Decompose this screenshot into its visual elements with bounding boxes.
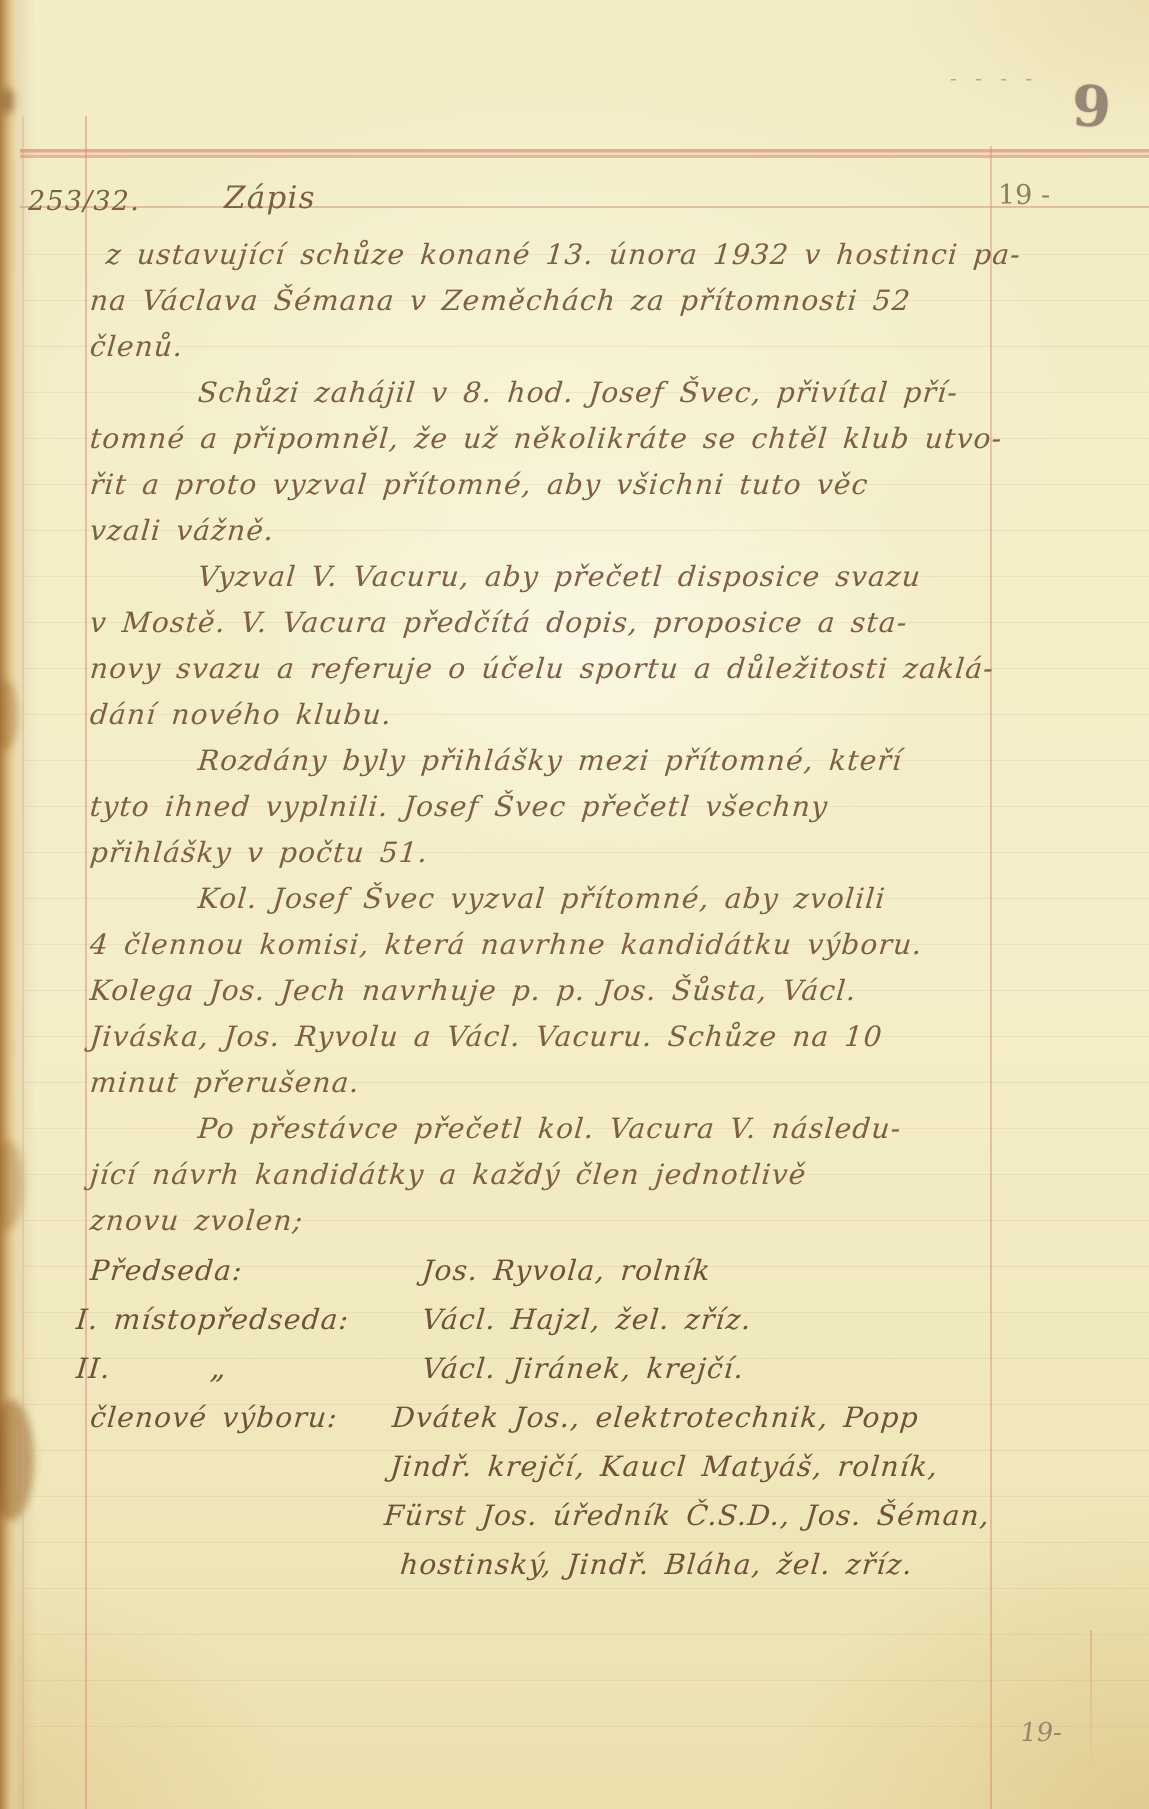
record-number: 253/32. bbox=[28, 186, 140, 217]
handwritten-line: minut přerušena. bbox=[88, 1060, 1000, 1106]
handwritten-line: přihlášky v počtu 51. bbox=[88, 830, 1000, 876]
handwritten-line: Vyzval V. Vacuru, aby přečetl disposice … bbox=[88, 554, 1000, 600]
fee-note-top: 19 - bbox=[998, 180, 1050, 211]
committee-role: II. bbox=[74, 1346, 113, 1392]
committee-row: členové výboru: Dvátek Jos., elektrotech… bbox=[88, 1395, 1000, 1444]
committee-row: II. „ Václ. Jiránek, krejčí. bbox=[88, 1346, 1000, 1395]
handwritten-line: Schůzi zahájil v 8. hod. Josef Švec, při… bbox=[88, 370, 1000, 416]
committee-person: Fürst Jos. úředník Č.S.D., Jos. Šéman, bbox=[382, 1493, 992, 1539]
handwritten-line: novy svazu a referuje o účelu sportu a d… bbox=[88, 646, 1000, 692]
committee-continuation-line: Jindř. krejčí, Kaucl Matyáš, rolník, bbox=[88, 1444, 1000, 1493]
committee-person: Václ. Hajzl, žel. zříz. bbox=[420, 1297, 754, 1343]
committee-person: Václ. Jiránek, krejčí. bbox=[420, 1346, 746, 1392]
handwritten-line: Po přestávce přečetl kol. Vacura V. násl… bbox=[88, 1106, 1000, 1152]
committee-person: Jindř. krejčí, Kaucl Matyáš, rolník, bbox=[388, 1444, 940, 1490]
handwritten-line: tomné a připomněl, že už několikráte se … bbox=[88, 416, 1000, 462]
committee-role: Předseda: bbox=[88, 1248, 245, 1294]
handwritten-line: 4 člennou komisi, která navrhne kandidát… bbox=[88, 922, 1000, 968]
handwritten-line: z ustavující schůze konané 13. února 193… bbox=[88, 232, 1000, 278]
handwritten-line: vzali vážně. bbox=[88, 508, 1000, 554]
committee-continuation-line: Fürst Jos. úředník Č.S.D., Jos. Šéman, bbox=[88, 1493, 1000, 1542]
fee-note-bottom: 19- bbox=[1018, 1718, 1064, 1748]
committee-role: I. místopředseda: bbox=[74, 1297, 351, 1343]
handwritten-line: na Václava Šémana v Zeměchách za přítomn… bbox=[88, 278, 1000, 324]
ruled-line-top-thin bbox=[20, 206, 1149, 208]
page-title: Zápis bbox=[224, 180, 316, 216]
handwritten-line: dání nového klubu. bbox=[88, 692, 1000, 738]
handwritten-line: Kolega Jos. Jech navrhuje p. p. Jos. Šůs… bbox=[88, 968, 1000, 1014]
handwritten-line: Kol. Josef Švec vyzval přítomné, aby zvo… bbox=[88, 876, 1000, 922]
handwritten-line: Rozdány byly přihlášky mezi přítomné, kt… bbox=[88, 738, 1000, 784]
ledger-page: - - - - 9 253/32. Zápis 19 - z ustavujíc… bbox=[0, 0, 1149, 1809]
committee-person: Jos. Ryvola, rolník bbox=[420, 1248, 713, 1294]
committee-person: Dvátek Jos., elektrotechnik, Popp bbox=[390, 1395, 921, 1441]
foxing-stain bbox=[2, 88, 14, 114]
handwritten-line: členů. bbox=[88, 324, 1000, 370]
handwritten-line: jící návrh kandidátky a každý člen jedno… bbox=[88, 1152, 1000, 1198]
ditto-mark: „ bbox=[208, 1346, 229, 1392]
pencil-dash-mark: - - - - bbox=[950, 66, 1038, 90]
handwritten-line: řit a proto vyzval přítomné, aby všichni… bbox=[88, 462, 1000, 508]
committee-row: Předseda: Jos. Ryvola, rolník bbox=[88, 1248, 1000, 1297]
handwritten-line: Jiváska, Jos. Ryvolu a Václ. Vacuru. Sch… bbox=[88, 1014, 1000, 1060]
handwritten-line: v Mostě. V. Vacura předčítá dopis, propo… bbox=[88, 600, 1000, 646]
ruled-line-left-margin bbox=[85, 116, 87, 1809]
committee-row: I. místopředseda: Václ. Hajzl, žel. zříz… bbox=[88, 1297, 1000, 1346]
minutes-body: z ustavující schůze konané 13. února 193… bbox=[88, 232, 996, 1591]
ruled-line-right-second bbox=[1090, 1630, 1092, 1780]
ruled-line-top-double bbox=[20, 149, 1149, 159]
binding-edge bbox=[0, 0, 20, 1809]
page-number-stamp: 9 bbox=[1071, 73, 1112, 140]
handwritten-line: tyto ihned vyplnili. Josef Švec přečetl … bbox=[88, 784, 1000, 830]
committee-role: členové výboru: bbox=[88, 1395, 340, 1441]
committee-continuation-line: hostinský, Jindř. Bláha, žel. zříz. bbox=[88, 1542, 1000, 1591]
handwritten-line: znovu zvolen; bbox=[88, 1198, 1000, 1244]
committee-person: hostinský, Jindř. Bláha, žel. zříz. bbox=[398, 1542, 915, 1588]
committee-list: Předseda: Jos. Ryvola, rolník I. místopř… bbox=[88, 1248, 996, 1591]
